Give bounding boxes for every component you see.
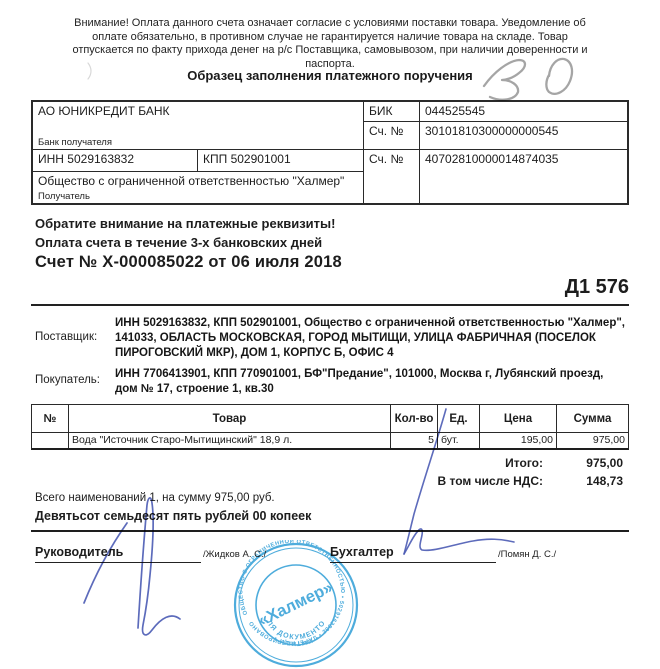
accountant-name: /Помян Д. С./ [498, 549, 556, 560]
item-row-qty: 5 [391, 433, 438, 448]
col-header-price: Цена [480, 405, 557, 433]
total-value: 975,00 [543, 454, 623, 472]
bik-label: БИК [364, 102, 420, 122]
vat-row: В том числе НДС: 148,73 [329, 472, 623, 490]
divider [31, 304, 629, 306]
bank-name-label: Банк получателя [38, 137, 112, 148]
item-row-price: 195,00 [480, 433, 557, 448]
item-row-unit: бут. [438, 433, 480, 448]
bank-name: АО ЮНИКРЕДИТ БАНК [38, 104, 358, 118]
invoice-title: Счет № Х-000085022 от 06 июля 2018 [35, 253, 342, 272]
bank-name-cell: АО ЮНИКРЕДИТ БАНК Банк получателя [33, 102, 364, 150]
supplier-details: ИНН 5029163832, КПП 502901001, Общество … [115, 316, 629, 361]
corr-account-label: Сч. № [364, 122, 420, 150]
col-header-product: Товар [69, 405, 391, 433]
item-row-num [32, 433, 69, 448]
col-header-qty: Кол-во [391, 405, 438, 433]
account-value: 40702810000014874035 [420, 150, 627, 203]
bik-value: 044525545 [420, 102, 627, 122]
corr-account-value: 30101810300000000545 [420, 122, 627, 150]
col-header-num: № [32, 405, 69, 433]
amount-in-words: Девятьсот семьдесят пять рублей 00 копее… [35, 509, 311, 523]
inn-cell: ИНН 5029163832 [33, 150, 198, 172]
attention-line-2: Оплата счета в течение 3-х банковских дн… [35, 235, 322, 250]
director-signature-stroke-1 [84, 523, 127, 603]
director-signature-line: Руководитель [35, 545, 201, 563]
page-title: Образец заполнения платежного поручения [0, 68, 660, 83]
director-label: Руководитель [35, 545, 123, 559]
bank-requisites-table: АО ЮНИКРЕДИТ БАНК Банк получателя БИК 04… [31, 100, 629, 205]
items-table: № Товар Кол-во Ед. Цена Сумма Вода "Исто… [31, 404, 629, 450]
recipient-label: Получатель [38, 191, 90, 202]
vat-value: 148,73 [543, 472, 623, 490]
buyer-details: ИНН 7706413901, КПП 770901001, БФ"Предан… [115, 367, 629, 397]
doc-code: Д1 576 [0, 276, 629, 299]
company-stamp: ОБЩЕСТВО С ОГРАНИЧЕННОЙ ОТВЕТСТВЕННОСТЬЮ… [226, 540, 366, 669]
totals-block: Итого: 975,00 В том числе НДС: 148,73 [329, 454, 623, 490]
supplier-label: Поставщик: [35, 331, 97, 343]
kpp-cell: КПП 502901001 [198, 150, 364, 172]
signature-divider [31, 530, 629, 532]
item-row-product: Вода "Источник Старо-Мытищинский" 18,9 л… [69, 433, 391, 448]
total-row: Итого: 975,00 [329, 454, 623, 472]
items-count-line: Всего наименований 1, на сумму 975,00 ру… [35, 492, 275, 504]
col-header-unit: Ед. [438, 405, 480, 433]
buyer-label: Покупатель: [35, 374, 100, 386]
item-row-sum: 975,00 [557, 433, 628, 448]
vat-label: В том числе НДС: [329, 472, 543, 490]
recipient-name: Общество с ограниченной ответственностью… [38, 174, 358, 188]
col-header-sum: Сумма [557, 405, 628, 433]
recipient-cell: Общество с ограниченной ответственностью… [33, 172, 364, 203]
account-label: Сч. № [364, 150, 420, 203]
invoice-document: Внимание! Оплата данного счета означает … [0, 0, 660, 669]
total-label: Итого: [329, 454, 543, 472]
attention-line-1: Обратите внимание на платежные реквизиты… [35, 216, 335, 231]
payment-notice: Внимание! Оплата данного счета означает … [64, 17, 596, 71]
